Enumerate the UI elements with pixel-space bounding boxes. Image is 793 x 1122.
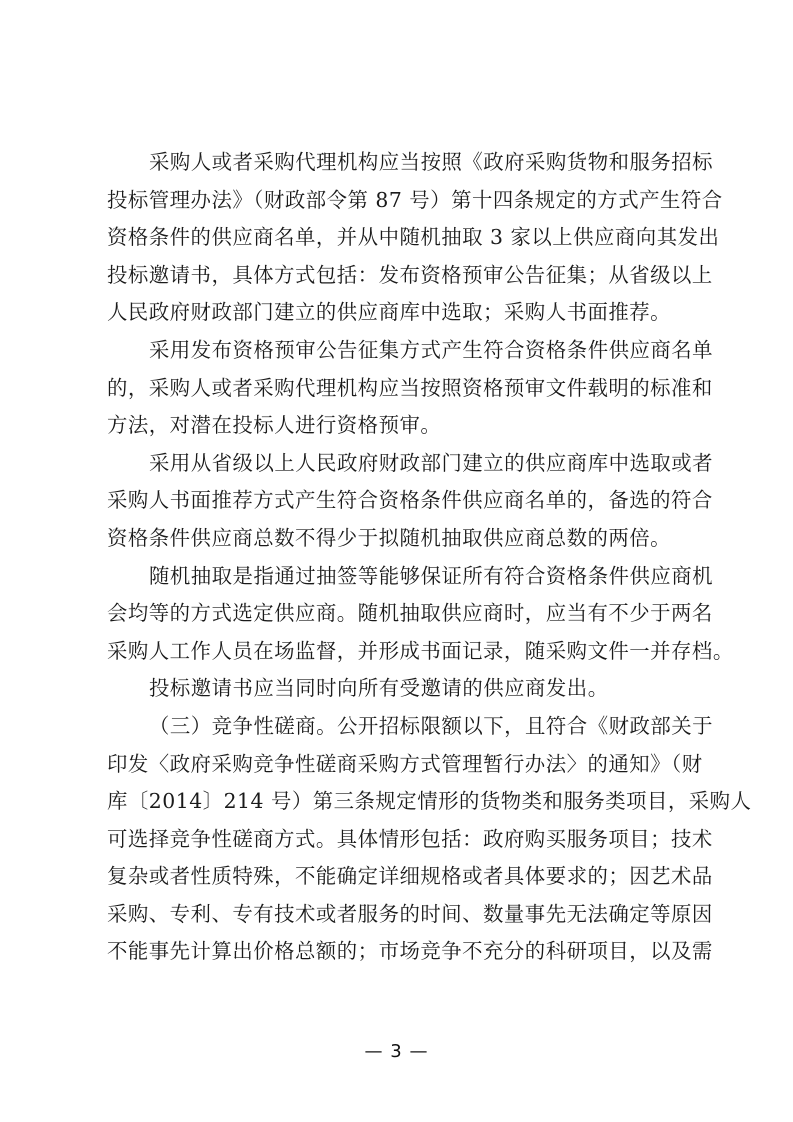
text-line: 投标邀请书应当同时向所有受邀请的供应商发出。 — [107, 670, 693, 708]
paragraph-supplier-selection-methods: 采购人或者采购代理机构应当按照《政府采购货物和服务招标 投标管理办法》（财政部令… — [107, 144, 693, 332]
text-line: 投标邀请书，具体方式包括：发布资格预审公告征集；从省级以上 — [107, 257, 693, 295]
page-number: — 3 — — [0, 1041, 793, 1062]
text-line: 人民政府财政部门建立的供应商库中选取；采购人书面推荐。 — [107, 294, 693, 332]
text-line: 采用发布资格预审公告征集方式产生符合资格条件供应商名单 — [107, 332, 693, 370]
text-line: 随机抽取是指通过抽签等能够保证所有符合资格条件供应商机 — [107, 558, 693, 596]
text-line: 会均等的方式选定供应商。随机抽取供应商时，应当有不少于两名 — [107, 595, 693, 633]
text-line: 投标管理办法》（财政部令第 87 号）第十四条规定的方式产生符合 — [107, 182, 693, 220]
text-line: 不能事先计算出价格总额的；市场竞争不充分的科研项目，以及需 — [107, 933, 693, 971]
paragraph-random-selection: 随机抽取是指通过抽签等能够保证所有符合资格条件供应商机 会均等的方式选定供应商。… — [107, 558, 693, 671]
paragraph-competitive-consultation: （三）竞争性磋商。公开招标限额以下，且符合《财政部关于 印发〈政府采购竞争性磋商… — [107, 708, 693, 971]
paragraph-invitation-delivery: 投标邀请书应当同时向所有受邀请的供应商发出。 — [107, 670, 693, 708]
text-line: 印发〈政府采购竞争性磋商采购方式管理暂行办法〉的通知》（财 — [107, 746, 693, 784]
text-line: 采购、专利、专有技术或者服务的时间、数量事先无法确定等原因 — [107, 896, 693, 934]
text-line: 采购人工作人员在场监督，并形成书面记录，随采购文件一并存档。 — [107, 633, 693, 671]
text-line: 资格条件的供应商名单，并从中随机抽取 3 家以上供应商向其发出 — [107, 219, 693, 257]
document-page: 采购人或者采购代理机构应当按照《政府采购货物和服务招标 投标管理办法》（财政部令… — [0, 0, 793, 1122]
text-line: 复杂或者性质特殊，不能确定详细规格或者具体要求的；因艺术品 — [107, 858, 693, 896]
text-line: 采购人或者采购代理机构应当按照《政府采购货物和服务招标 — [107, 144, 693, 182]
paragraph-prequalification: 采用发布资格预审公告征集方式产生符合资格条件供应商名单 的，采购人或者采购代理机… — [107, 332, 693, 445]
paragraph-supplier-database: 采用从省级以上人民政府财政部门建立的供应商库中选取或者 采购人书面推荐方式产生符… — [107, 445, 693, 558]
text-line: 采用从省级以上人民政府财政部门建立的供应商库中选取或者 — [107, 445, 693, 483]
text-line: 可选择竞争性磋商方式。具体情形包括：政府购买服务项目；技术 — [107, 821, 693, 859]
text-line: 资格条件供应商总数不得少于拟随机抽取供应商总数的两倍。 — [107, 520, 693, 558]
text-line: 方法，对潜在投标人进行资格预审。 — [107, 407, 693, 445]
text-line: 采购人书面推荐方式产生符合资格条件供应商名单的，备选的符合 — [107, 482, 693, 520]
text-line: 的，采购人或者采购代理机构应当按照资格预审文件载明的标准和 — [107, 370, 693, 408]
text-line: 库〔2014〕214 号）第三条规定情形的货物类和服务类项目，采购人 — [107, 783, 693, 821]
text-line: （三）竞争性磋商。公开招标限额以下，且符合《财政部关于 — [107, 708, 693, 746]
document-body: 采购人或者采购代理机构应当按照《政府采购货物和服务招标 投标管理办法》（财政部令… — [107, 144, 693, 971]
